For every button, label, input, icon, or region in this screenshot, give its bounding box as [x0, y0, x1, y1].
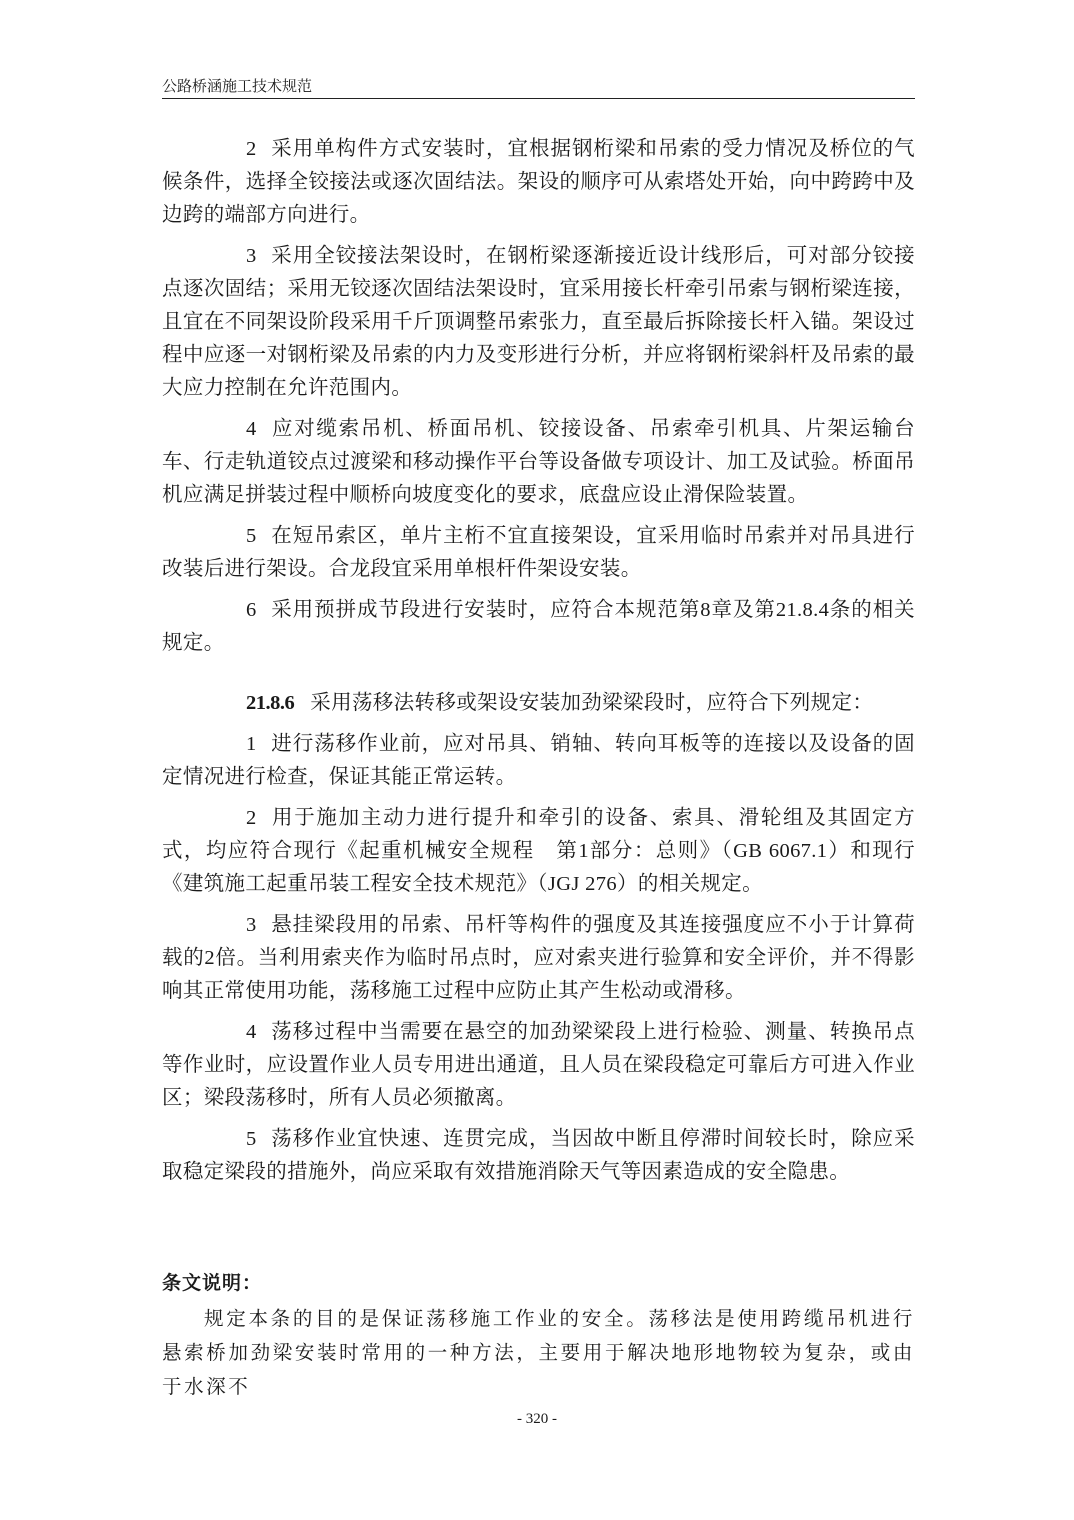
clause-item: 2用于施加主动力进行提升和牵引的设备、索具、滑轮组及其固定方式，均应符合现行《起… [162, 802, 915, 901]
clause-item: 3采用全铰接法架设时，在钢桁梁逐渐接近设计线形后，可对部分铰接点逐次固结；采用无… [162, 240, 915, 405]
commentary-text: 规定本条的目的是保证荡移施工作业的安全。荡移法是使用跨缆吊机进行悬索桥加劲梁安装… [162, 1302, 915, 1404]
section-heading: 21.8.6采用荡移法转移或架设安装加劲梁梁段时，应符合下列规定： [162, 687, 915, 720]
clause-item: 6采用预拼成节段进行安装时，应符合本规范第8章及第21.8.4条的相关规定。 [162, 594, 915, 660]
item-text: 在短吊索区，单片主桁不宜直接架设，宜采用临时吊索并对吊具进行改装后进行架设。合龙… [162, 525, 915, 580]
item-text: 采用预拼成节段进行安装时，应符合本规范第8章及第21.8.4条的相关规定。 [162, 599, 915, 654]
item-number: 3 [204, 240, 257, 273]
clause-item: 4应对缆索吊机、桥面吊机、铰接设备、吊索牵引机具、片架运输台车、行走轨道铰点过渡… [162, 413, 915, 512]
item-number: 5 [204, 1123, 257, 1156]
item-number: 4 [204, 1016, 257, 1049]
clause-item: 2采用单构件方式安装时，宜根据钢桁梁和吊索的受力情况及桥位的气候条件，选择全铰接… [162, 133, 915, 232]
item-text: 应对缆索吊机、桥面吊机、铰接设备、吊索牵引机具、片架运输台车、行走轨道铰点过渡梁… [162, 418, 915, 506]
item-number: 3 [204, 909, 257, 942]
item-number: 2 [204, 802, 257, 835]
commentary-body: 规定本条的目的是保证荡移施工作业的安全。荡移法是使用跨缆吊机进行悬索桥加劲梁安装… [162, 1302, 915, 1404]
clause-item: 4荡移过程中当需要在悬空的加劲梁梁段上进行检验、测量、转换吊点等作业时，应设置作… [162, 1016, 915, 1115]
item-text: 悬挂梁段用的吊索、吊杆等构件的强度及其连接强度应不小于计算荷载的2倍。当利用索夹… [162, 914, 915, 1002]
item-text: 采用全铰接法架设时，在钢桁梁逐渐接近设计线形后，可对部分铰接点逐次固结；采用无铰… [162, 245, 915, 399]
header-divider [162, 98, 915, 99]
page-number: - 320 - [0, 1411, 1074, 1428]
section-title: 采用荡移法转移或架设安装加劲梁梁段时，应符合下列规定： [310, 692, 873, 714]
document-body: 2采用单构件方式安装时，宜根据钢桁梁和吊索的受力情况及桥位的气候条件，选择全铰接… [162, 133, 915, 1197]
section-number: 21.8.6 [204, 687, 294, 720]
item-text: 用于施加主动力进行提升和牵引的设备、索具、滑轮组及其固定方式，均应符合现行《起重… [162, 807, 915, 895]
item-number: 1 [204, 728, 257, 761]
item-text: 进行荡移作业前，应对吊具、销轴、转向耳板等的连接以及设备的固定情况进行检查，保证… [162, 733, 915, 788]
clause-item: 5荡移作业宜快速、连贯完成，当因故中断且停滞时间较长时，除应采取稳定梁段的措施外… [162, 1123, 915, 1189]
item-number: 4 [204, 413, 257, 446]
item-text: 荡移作业宜快速、连贯完成，当因故中断且停滞时间较长时，除应采取稳定梁段的措施外，… [162, 1128, 915, 1183]
running-header: 公路桥涵施工技术规范 [162, 76, 915, 100]
item-number: 5 [204, 520, 257, 553]
clause-item: 5在短吊索区，单片主桁不宜直接架设，宜采用临时吊索并对吊具进行改装后进行架设。合… [162, 520, 915, 586]
clause-item: 1进行荡移作业前，应对吊具、销轴、转向耳板等的连接以及设备的固定情况进行检查，保… [162, 728, 915, 794]
item-text: 采用单构件方式安装时，宜根据钢桁梁和吊索的受力情况及桥位的气候条件，选择全铰接法… [162, 138, 915, 226]
item-number: 2 [204, 133, 257, 166]
item-text: 荡移过程中当需要在悬空的加劲梁梁段上进行检验、测量、转换吊点等作业时，应设置作业… [162, 1021, 915, 1109]
item-number: 6 [204, 594, 257, 627]
clause-item: 3悬挂梁段用的吊索、吊杆等构件的强度及其连接强度应不小于计算荷载的2倍。当利用索… [162, 909, 915, 1008]
commentary-heading: 条文说明： [162, 1268, 262, 1298]
